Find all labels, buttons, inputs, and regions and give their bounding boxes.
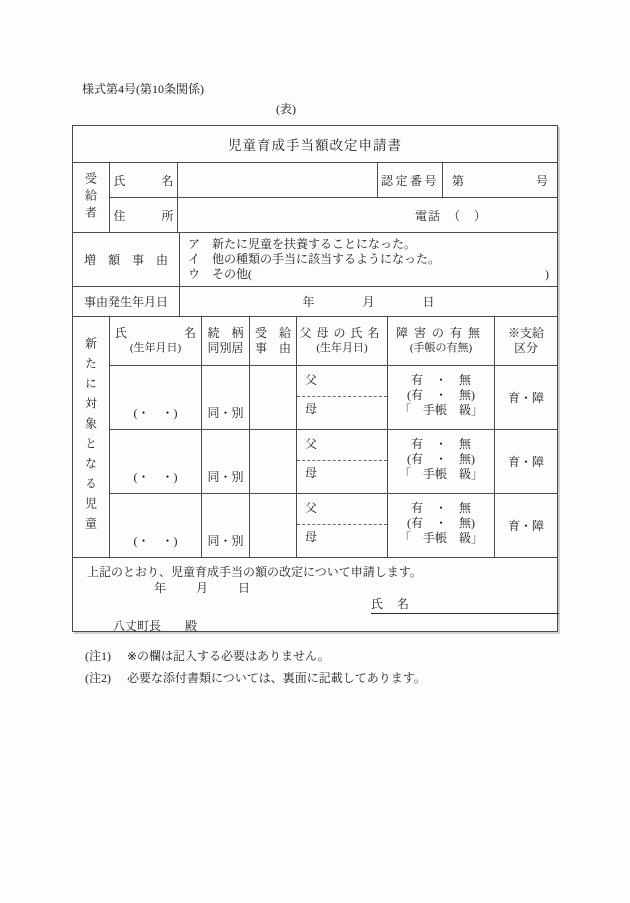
name-label: 氏 名	[110, 163, 178, 197]
declaration-section: 上記のとおり、児童育成手当の額の改定について申請します。 年 月 日 氏 名 八…	[73, 558, 557, 634]
child-category-cell: 育・障	[495, 494, 557, 557]
recipient-name-row: 氏 名 認定番号 第 号	[110, 163, 557, 198]
child-disability-cell: 有 ・ 無 (有 ・ 無) 「 手帳 級」	[388, 494, 495, 557]
recipient-section: 受給者 氏 名 認定番号 第 号 住 所 電話 （ ）	[73, 163, 557, 233]
address-input-area: 電話 （ ）	[178, 198, 557, 232]
reason-option-c-paren: )	[545, 267, 549, 282]
disability-yes-no: 有 ・ 無	[411, 501, 471, 516]
mother-label: 母	[297, 397, 387, 425]
reason-option-c-text: ウ その他(	[188, 267, 252, 282]
header-child-birthdate: (生年月日)	[130, 341, 181, 356]
child-receipt-reason-cell	[250, 494, 297, 557]
header-parents-name: 父母の氏名 (生年月日)	[297, 317, 388, 365]
header-child-name: 氏 名 (生年月日)	[110, 317, 202, 365]
reason-option-b: イ 他の種類の手当に該当するようになった。	[188, 252, 549, 267]
header-receipt-reason: 受 給 事 由	[250, 317, 297, 365]
footnote-1-text: ※の欄は記入する必要はありません。	[127, 649, 330, 663]
child-birthdate-cell: (・ ・)	[110, 366, 202, 429]
header-receipt-line1: 受 給	[255, 326, 291, 341]
header-payment-category: ※支給 区分	[495, 317, 557, 365]
form-number: 様式第4号(第10条関係)	[82, 80, 204, 97]
cert-number-prefix: 第	[452, 172, 464, 189]
child-parents-cell: 父 母	[297, 494, 388, 557]
disability-yes-no: 有 ・ 無	[411, 437, 471, 452]
footnote-2: (注2)必要な添付書類については、裏面に記載してあります。	[85, 667, 426, 689]
header-receipt-line2: 事 由	[255, 341, 291, 356]
child-disability-cell: 有 ・ 無 (有 ・ 無) 「 手帳 級」	[388, 430, 495, 493]
child-category-cell: 育・障	[495, 430, 557, 493]
header-category-line2: 区分	[514, 341, 538, 356]
children-section-label: 新たに対象となる児童	[73, 317, 110, 557]
name-input-area	[178, 163, 378, 197]
header-disability: 障害の有無 (手帳の有無)	[388, 317, 495, 365]
child-row-1: (・ ・) 同・別 父 母 有 ・ 無 (有 ・ 無) 「 手帳 級」 育・障	[110, 366, 557, 430]
increase-reason-section: 増 額 事 由 ア 新たに児童を扶養することになった。 イ 他の種類の手当に該当…	[73, 233, 557, 287]
header-relation: 続 柄 同別居	[202, 317, 250, 365]
mother-label: 母	[297, 461, 387, 489]
handbook-yes-no: (有 ・ 無)	[407, 388, 475, 403]
children-table: 氏 名 (生年月日) 続 柄 同別居 受 給 事 由 父母の氏名	[110, 317, 557, 557]
footnotes: (注1)※の欄は記入する必要はありません。 (注2)必要な添付書類については、裏…	[85, 645, 426, 689]
form-title: 児童育成手当額改定申請書	[73, 126, 557, 163]
child-disability-cell: 有 ・ 無 (有 ・ 無) 「 手帳 級」	[388, 366, 495, 429]
child-relation-cell: 同・別	[202, 366, 250, 429]
children-section: 新たに対象となる児童 氏 名 (生年月日) 続 柄 同別居	[73, 317, 557, 558]
handbook-grade: 「 手帳 級」	[399, 467, 483, 482]
phone-label: 電話 （ ）	[415, 207, 487, 224]
recipient-address-row: 住 所 電話 （ ）	[110, 198, 557, 232]
recipient-fields: 氏 名 認定番号 第 号 住 所 電話 （ ）	[110, 163, 557, 232]
child-receipt-reason-cell	[250, 430, 297, 493]
header-name-last: 氏	[115, 326, 127, 341]
header-relation-line2: 同別居	[207, 341, 243, 356]
occurrence-date-value: 年 月 日	[180, 287, 557, 316]
handbook-yes-no: (有 ・ 無)	[407, 452, 475, 467]
father-label: 父	[297, 371, 387, 396]
header-disability-line2: (手帳の有無)	[410, 341, 472, 356]
child-relation-cell: 同・別	[202, 494, 250, 557]
recipient-group-label: 受給者	[73, 163, 110, 232]
footnote-2-text: 必要な添付書類については、裏面に記載してあります。	[127, 671, 426, 685]
declaration-date-line: 年 月 日	[154, 580, 557, 596]
child-category-cell: 育・障	[495, 366, 557, 429]
application-form-table: 児童育成手当額改定申請書 受給者 氏 名 認定番号 第 号 住 所 電	[72, 125, 558, 632]
handbook-yes-no: (有 ・ 無)	[407, 516, 475, 531]
child-parents-cell: 父 母	[297, 430, 388, 493]
header-child-name-line1: 氏 名	[110, 326, 201, 341]
declaration-name-field: 氏 名	[371, 596, 559, 614]
child-receipt-reason-cell	[250, 366, 297, 429]
child-relation-cell: 同・別	[202, 430, 250, 493]
mother-label: 母	[297, 525, 387, 553]
occurrence-date-label: 事由発生年月日	[73, 287, 180, 316]
increase-reason-options: ア 新たに児童を扶養することになった。 イ 他の種類の手当に該当するようになった…	[180, 233, 557, 286]
children-table-header: 氏 名 (生年月日) 続 柄 同別居 受 給 事 由 父母の氏名	[110, 317, 557, 366]
form-page: 様式第4号(第10条関係) (表) 児童育成手当額改定申請書 受給者 氏 名 認…	[0, 0, 630, 903]
header-relation-line1: 続 柄	[207, 326, 243, 341]
declaration-statement: 上記のとおり、児童育成手当の額の改定について申請します。	[87, 564, 557, 580]
father-label: 父	[297, 499, 387, 524]
father-label: 父	[297, 435, 387, 460]
cert-number-suffix: 号	[536, 172, 548, 189]
declaration-addressee: 八丈町長 殿	[113, 618, 557, 634]
header-disability-line1: 障害の有無	[396, 326, 486, 341]
increase-reason-label: 増 額 事 由	[73, 233, 180, 286]
header-parents-line1: 父母の氏名	[299, 326, 384, 341]
child-row-2: (・ ・) 同・別 父 母 有 ・ 無 (有 ・ 無) 「 手帳 級」 育・障	[110, 430, 557, 494]
reason-option-a: ア 新たに児童を扶養することになった。	[188, 237, 549, 252]
child-row-3: (・ ・) 同・別 父 母 有 ・ 無 (有 ・ 無) 「 手帳 級」 育・障	[110, 494, 557, 557]
footnote-1-label: (注1)	[85, 649, 111, 663]
reason-option-c: ウ その他( )	[188, 267, 549, 282]
child-parents-cell: 父 母	[297, 366, 388, 429]
handbook-grade: 「 手帳 級」	[399, 531, 483, 546]
child-birthdate-cell: (・ ・)	[110, 430, 202, 493]
cert-number-label: 認定番号	[378, 163, 443, 197]
header-category-line1: ※支給	[508, 326, 544, 341]
side-label: (表)	[276, 100, 296, 117]
handbook-grade: 「 手帳 級」	[399, 403, 483, 418]
child-birthdate-cell: (・ ・)	[110, 494, 202, 557]
footnote-2-label: (注2)	[85, 671, 111, 685]
address-label: 住 所	[110, 198, 178, 232]
footnote-1: (注1)※の欄は記入する必要はありません。	[85, 645, 426, 667]
occurrence-date-section: 事由発生年月日 年 月 日	[73, 287, 557, 317]
disability-yes-no: 有 ・ 無	[411, 373, 471, 388]
header-parents-line2: (生年月日)	[316, 341, 367, 356]
cert-number-area: 第 号	[443, 163, 557, 197]
header-name-first: 名	[184, 326, 196, 341]
